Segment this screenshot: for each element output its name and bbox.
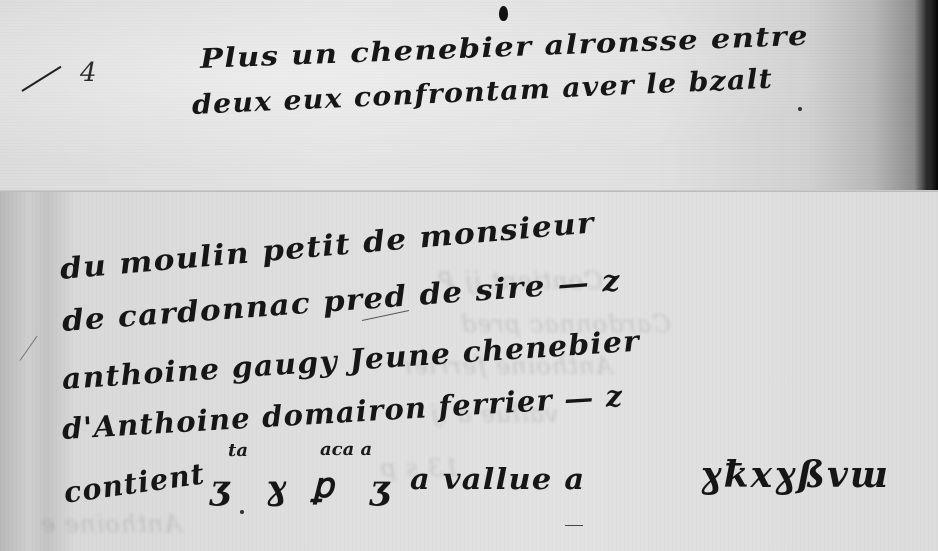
ink-speck — [240, 510, 244, 514]
valuation-text: a vallue a — [410, 462, 585, 496]
superscript-aca: aca a — [320, 439, 372, 460]
top-manuscript-strip: 4 Plus un chenebier alronsse entre deux … — [0, 0, 938, 192]
unit-symbol: ꝑ — [312, 466, 335, 506]
bleed-through-text: Anthoine e — [40, 510, 182, 538]
manuscript-line-2: deux eux confrontam aver le bzalt — [191, 64, 773, 121]
manuscript-line-7-contient: contient — [62, 456, 207, 509]
faint-pen-stroke — [20, 336, 38, 361]
superscript-ta: ta — [228, 440, 248, 461]
unit-symbol: ɣ — [266, 468, 288, 508]
bottom-manuscript-strip: Contient ij Ꝑ Cardonnac pred Anthoine fe… — [0, 192, 938, 551]
faint-pen-stroke — [565, 525, 583, 526]
valuation-sum: ɣꝁxɣßvɯ — [700, 454, 890, 496]
book-spine-shadow — [924, 0, 938, 192]
ink-speck — [798, 107, 802, 111]
unit-symbol: ʒ — [370, 468, 391, 508]
unit-symbol: ʒ — [210, 468, 231, 508]
ink-blot — [499, 6, 508, 21]
margin-number: 4 — [80, 58, 97, 88]
margin-slash — [21, 66, 61, 92]
manuscript-page: 4 Plus un chenebier alronsse entre deux … — [0, 0, 938, 551]
